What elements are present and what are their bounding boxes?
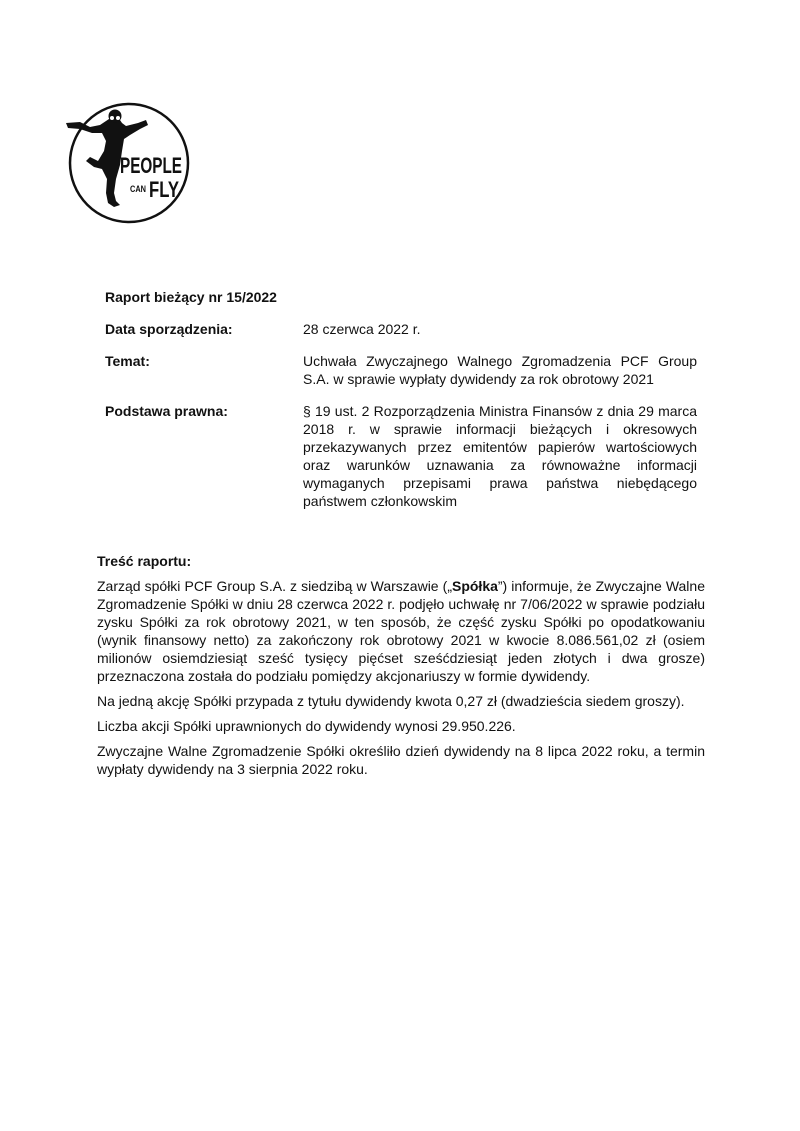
content-heading: Treść raportu:	[97, 552, 705, 570]
meta-row-legal-basis: Podstawa prawna: § 19 ust. 2 Rozporządze…	[105, 402, 697, 510]
logo-text-fly: FLY	[149, 177, 179, 202]
paragraph-text-before: Zarząd spółki PCF Group S.A. z siedzibą …	[97, 578, 452, 594]
content-paragraph-dividend-per-share: Na jedną akcję Spółki przypada z tytułu …	[97, 692, 705, 710]
logo-text-people: PEOPLE	[120, 153, 182, 178]
content-paragraph-share-count: Liczba akcji Spółki uprawnionych do dywi…	[97, 717, 705, 735]
meta-label-subject: Temat:	[105, 352, 303, 388]
meta-value-subject: Uchwała Zwyczajnego Walnego Zgromadzenia…	[303, 352, 697, 388]
content-paragraph-dates: Zwyczajne Walne Zgromadzenie Spółki okre…	[97, 742, 705, 778]
meta-value-legal-basis: § 19 ust. 2 Rozporządzenia Ministra Fina…	[303, 402, 697, 510]
meta-row-subject: Temat: Uchwała Zwyczajnego Walnego Zgrom…	[105, 352, 697, 388]
report-title: Raport bieżący nr 15/2022	[105, 288, 697, 306]
report-metadata: Raport bieżący nr 15/2022 Data sporządze…	[105, 288, 697, 524]
company-logo: PEOPLE CAN FLY	[66, 101, 192, 225]
defined-term-spolka: Spółka	[452, 578, 498, 594]
meta-row-date: Data sporządzenia: 28 czerwca 2022 r.	[105, 320, 697, 338]
content-paragraph-resolution: Zarząd spółki PCF Group S.A. z siedzibą …	[97, 577, 705, 685]
report-content: Treść raportu: Zarząd spółki PCF Group S…	[97, 552, 705, 785]
meta-value-date: 28 czerwca 2022 r.	[303, 320, 697, 338]
meta-label-date: Data sporządzenia:	[105, 320, 303, 338]
meta-label-legal-basis: Podstawa prawna:	[105, 402, 303, 510]
logo-text-can: CAN	[130, 184, 146, 194]
people-can-fly-logo-icon: PEOPLE CAN FLY	[66, 101, 192, 225]
